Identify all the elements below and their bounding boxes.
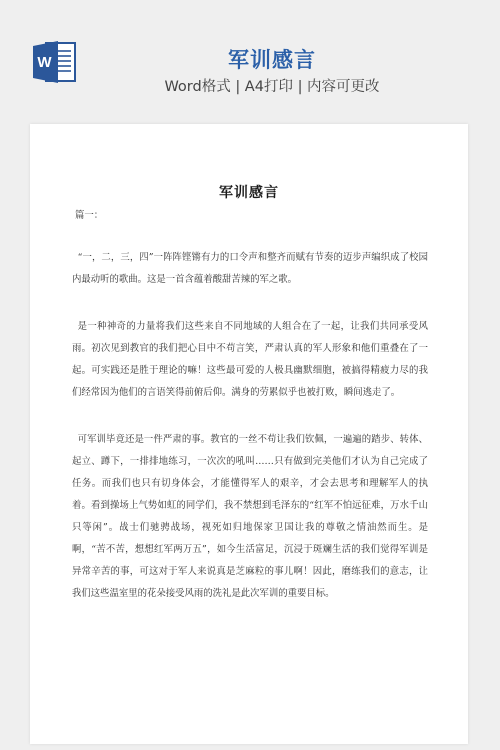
- document-title: 军训感言: [30, 182, 468, 202]
- paragraph-1: “一，二，三，四”一阵阵铿锵有力的口令声和整齐而赋有节奏的迈步声编织成了校园内最…: [72, 247, 428, 291]
- header-subtitle: Word格式 | A4打印 | 内容可更改: [0, 75, 500, 96]
- paragraph-2: 是一种神奇的力量将我们这些来自不同地域的人组合在了一起，让我们共同承受风雨。初次…: [72, 316, 428, 404]
- document-body: 篇一： “一，二，三，四”一阵阵铿锵有力的口令声和整齐而赋有节奏的迈步声编织成了…: [72, 210, 428, 630]
- header: W 军训感言 Word格式 | A4打印 | 内容可更改: [0, 0, 500, 120]
- header-title: 军训感言: [0, 44, 500, 74]
- document-page: 军训感言 篇一： “一，二，三，四”一阵阵铿锵有力的口令声和整齐而赋有节奏的迈步…: [30, 124, 468, 744]
- paragraph-3: 可军训毕竟还是一件严肃的事。教官的一丝不苟让我们钦佩，一遍遍的踏步、转体、起立、…: [72, 429, 428, 605]
- section-label: 篇一：: [72, 210, 428, 250]
